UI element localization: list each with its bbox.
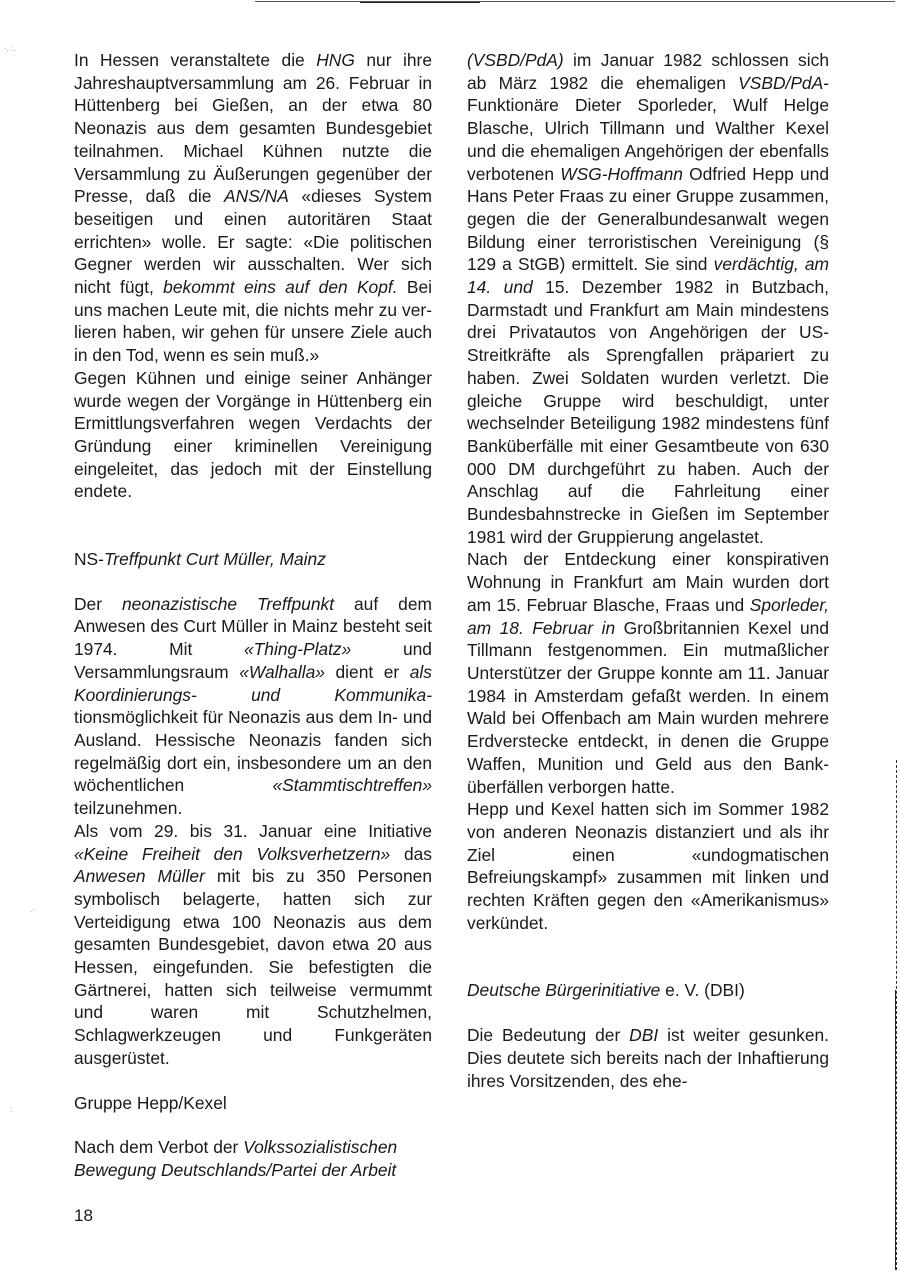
scan-top-rule [255,1,895,2]
paragraph-festnahmen: Nach der Entdeckung einer konspirativen … [467,548,829,798]
scan-right-edge-solid [895,990,896,1270]
scan-right-edge [896,760,897,1270]
paragraph-gruppe-hepp-kexel: (VSBD/PdA) im Januar 1982 schlossen sich… [467,49,829,548]
scan-speck: .· [30,905,35,914]
section-heading-dbi: Deutsche Bürgerinitiative e. V. (DBI) [467,979,829,1002]
scan-speck: : [10,1105,12,1114]
paragraph-ermittlungsverfahren: Gegen Kühnen und einige seiner Anhän­ger… [74,367,432,503]
paragraph-befreiungskampf: Hepp und Kexel hatten sich im Sommer 198… [467,798,829,934]
scan-top-rule-dark [360,2,480,3]
right-column: (VSBD/PdA) im Januar 1982 schlossen sich… [467,49,829,1092]
left-column: In Hessen veranstaltete die HNG nur ihre… [74,49,432,1182]
paragraph-dbi-bedeutung: Die Bedeutung der DBI ist weiter gesun­k… [467,1024,829,1092]
page-number: 18 [74,1206,93,1226]
paragraph-belagerung: Als vom 29. bis 31. Januar eine Initiati… [74,820,432,1070]
section-heading-hepp-kexel: Gruppe Hepp/Kexel [74,1092,432,1115]
section-heading-ns-treffpunkt: NS-Treffpunkt Curt Müller, Mainz [74,548,432,571]
paragraph-hng-versammlung: In Hessen veranstaltete die HNG nur ihre… [74,49,432,367]
paragraph-verbot-vsbd: Nach dem Verbot der Volkssozialistischen… [74,1136,432,1181]
paragraph-treffpunkt: Der neonazistische Treffpunkt auf dem An… [74,593,432,820]
scan-speck: ·. :. [4,44,16,53]
